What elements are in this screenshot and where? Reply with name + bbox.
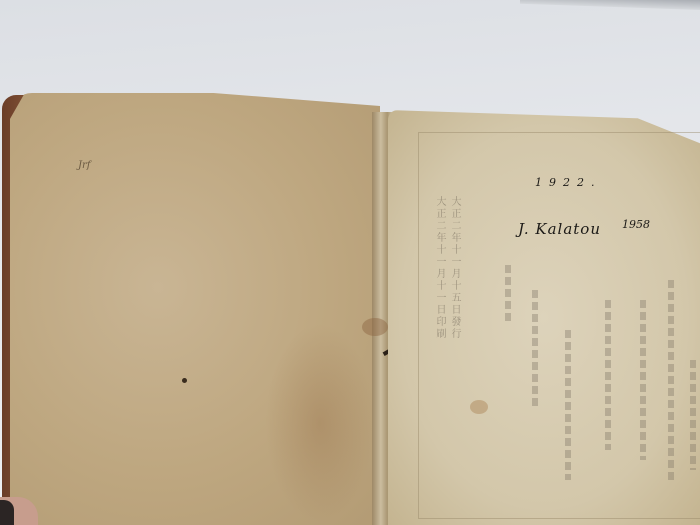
colophon-text-column: [565, 330, 571, 480]
left-page: [10, 93, 380, 525]
colophon-publish-date: 大正二年十一月十五日發行: [447, 196, 462, 340]
colophon-text-column: [505, 265, 511, 325]
colophon-text-column: [605, 300, 611, 450]
colophon-text-column: [532, 290, 538, 410]
ink-spot: [182, 378, 187, 383]
signature: J. Kalatou: [518, 220, 601, 238]
sleeve: [0, 500, 14, 525]
colophon-text-column: [640, 300, 646, 460]
foxing-spot: [362, 318, 388, 336]
handwritten-year: 1922.: [535, 176, 602, 189]
colophon-text-column: [690, 360, 696, 470]
colophon-print-date: 大正二年十一月十一日印刷: [432, 196, 447, 340]
foxing-spot: [470, 400, 488, 414]
open-book: Jrf 1922. J. Kalatou 1958 大正二年十一月十五日發行 大…: [0, 0, 700, 525]
water-stain: [265, 323, 375, 523]
signature-year: 1958: [622, 218, 650, 231]
colophon-text-column: [668, 280, 674, 480]
pencil-note: Jrf: [78, 160, 91, 171]
